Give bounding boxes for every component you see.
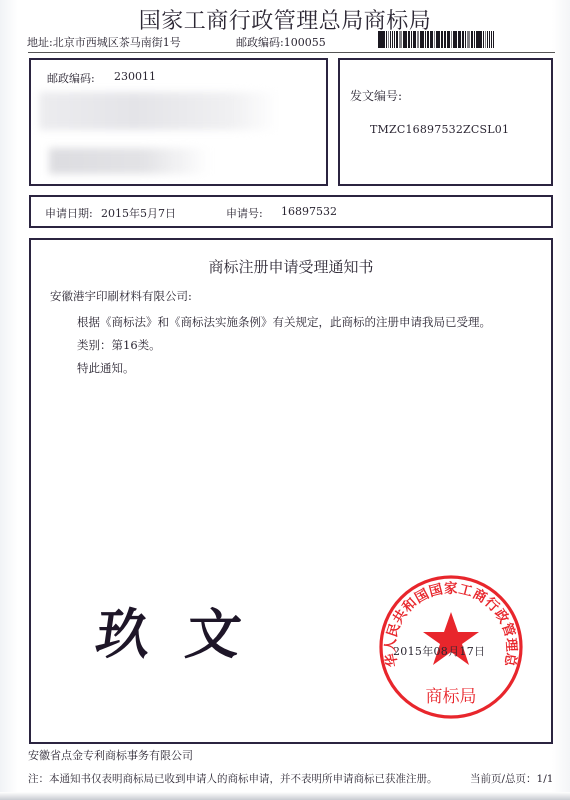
application-info-box: 申请日期: 2015年5月7日 申请号: 16897532 xyxy=(29,195,553,228)
applicant-name: 安徽港宇印刷材料有限公司: xyxy=(50,288,192,304)
seal-date: 2015年08月17日 xyxy=(393,643,485,659)
application-date-label: 申请日期: xyxy=(45,205,93,221)
agent-company: 安徽省点金专利商标事务有限公司 xyxy=(28,747,193,763)
redacted-address xyxy=(39,92,279,130)
notice-title: 商标注册申请受理通知书 xyxy=(31,256,551,277)
trademark-image: 玖文 xyxy=(92,592,283,669)
application-date-value: 2015年5月7日 xyxy=(101,205,176,221)
agency-postal-code: 邮政编码:100055 xyxy=(236,34,326,50)
seal-center-text: 商标局 xyxy=(426,687,477,707)
recipient-box: 邮政编码: 230011 xyxy=(29,58,328,186)
document-number-value: TMZC16897532ZCSL01 xyxy=(370,123,509,136)
application-number-label: 申请号: xyxy=(226,205,263,221)
scan-edge-shadow xyxy=(0,792,570,800)
notice-box: 商标注册申请受理通知书 安徽港宇印刷材料有限公司: 根据《商标法》和《商标法实施… xyxy=(29,238,553,744)
notice-closing: 特此通知。 xyxy=(77,360,135,376)
redacted-name xyxy=(49,148,209,174)
recipient-postal-label: 邮政编码: xyxy=(47,70,95,86)
trademark-class: 类别：第16类。 xyxy=(77,337,161,353)
document-number-label: 发文编号: xyxy=(350,87,402,104)
agency-address: 地址:北京市西城区茶马南街1号 xyxy=(27,34,181,50)
page-indicator: 当前页/总页：1/1 xyxy=(470,771,553,786)
notice-paragraph: 根据《商标法》和《商标法实施条例》有关规定，此商标的注册申请我局已受理。 xyxy=(77,314,491,330)
2d-barcode-icon xyxy=(378,31,543,48)
document-number-box: 发文编号: TMZC16897532ZCSL01 xyxy=(338,58,553,186)
footer-note: 注：本通知书仅表明商标局已收到申请人的商标申请，并不表明所申请商标已获准注册。 xyxy=(28,771,438,786)
header-divider xyxy=(28,52,555,53)
application-number-value: 16897532 xyxy=(281,205,337,218)
recipient-postal-value: 230011 xyxy=(114,70,156,83)
